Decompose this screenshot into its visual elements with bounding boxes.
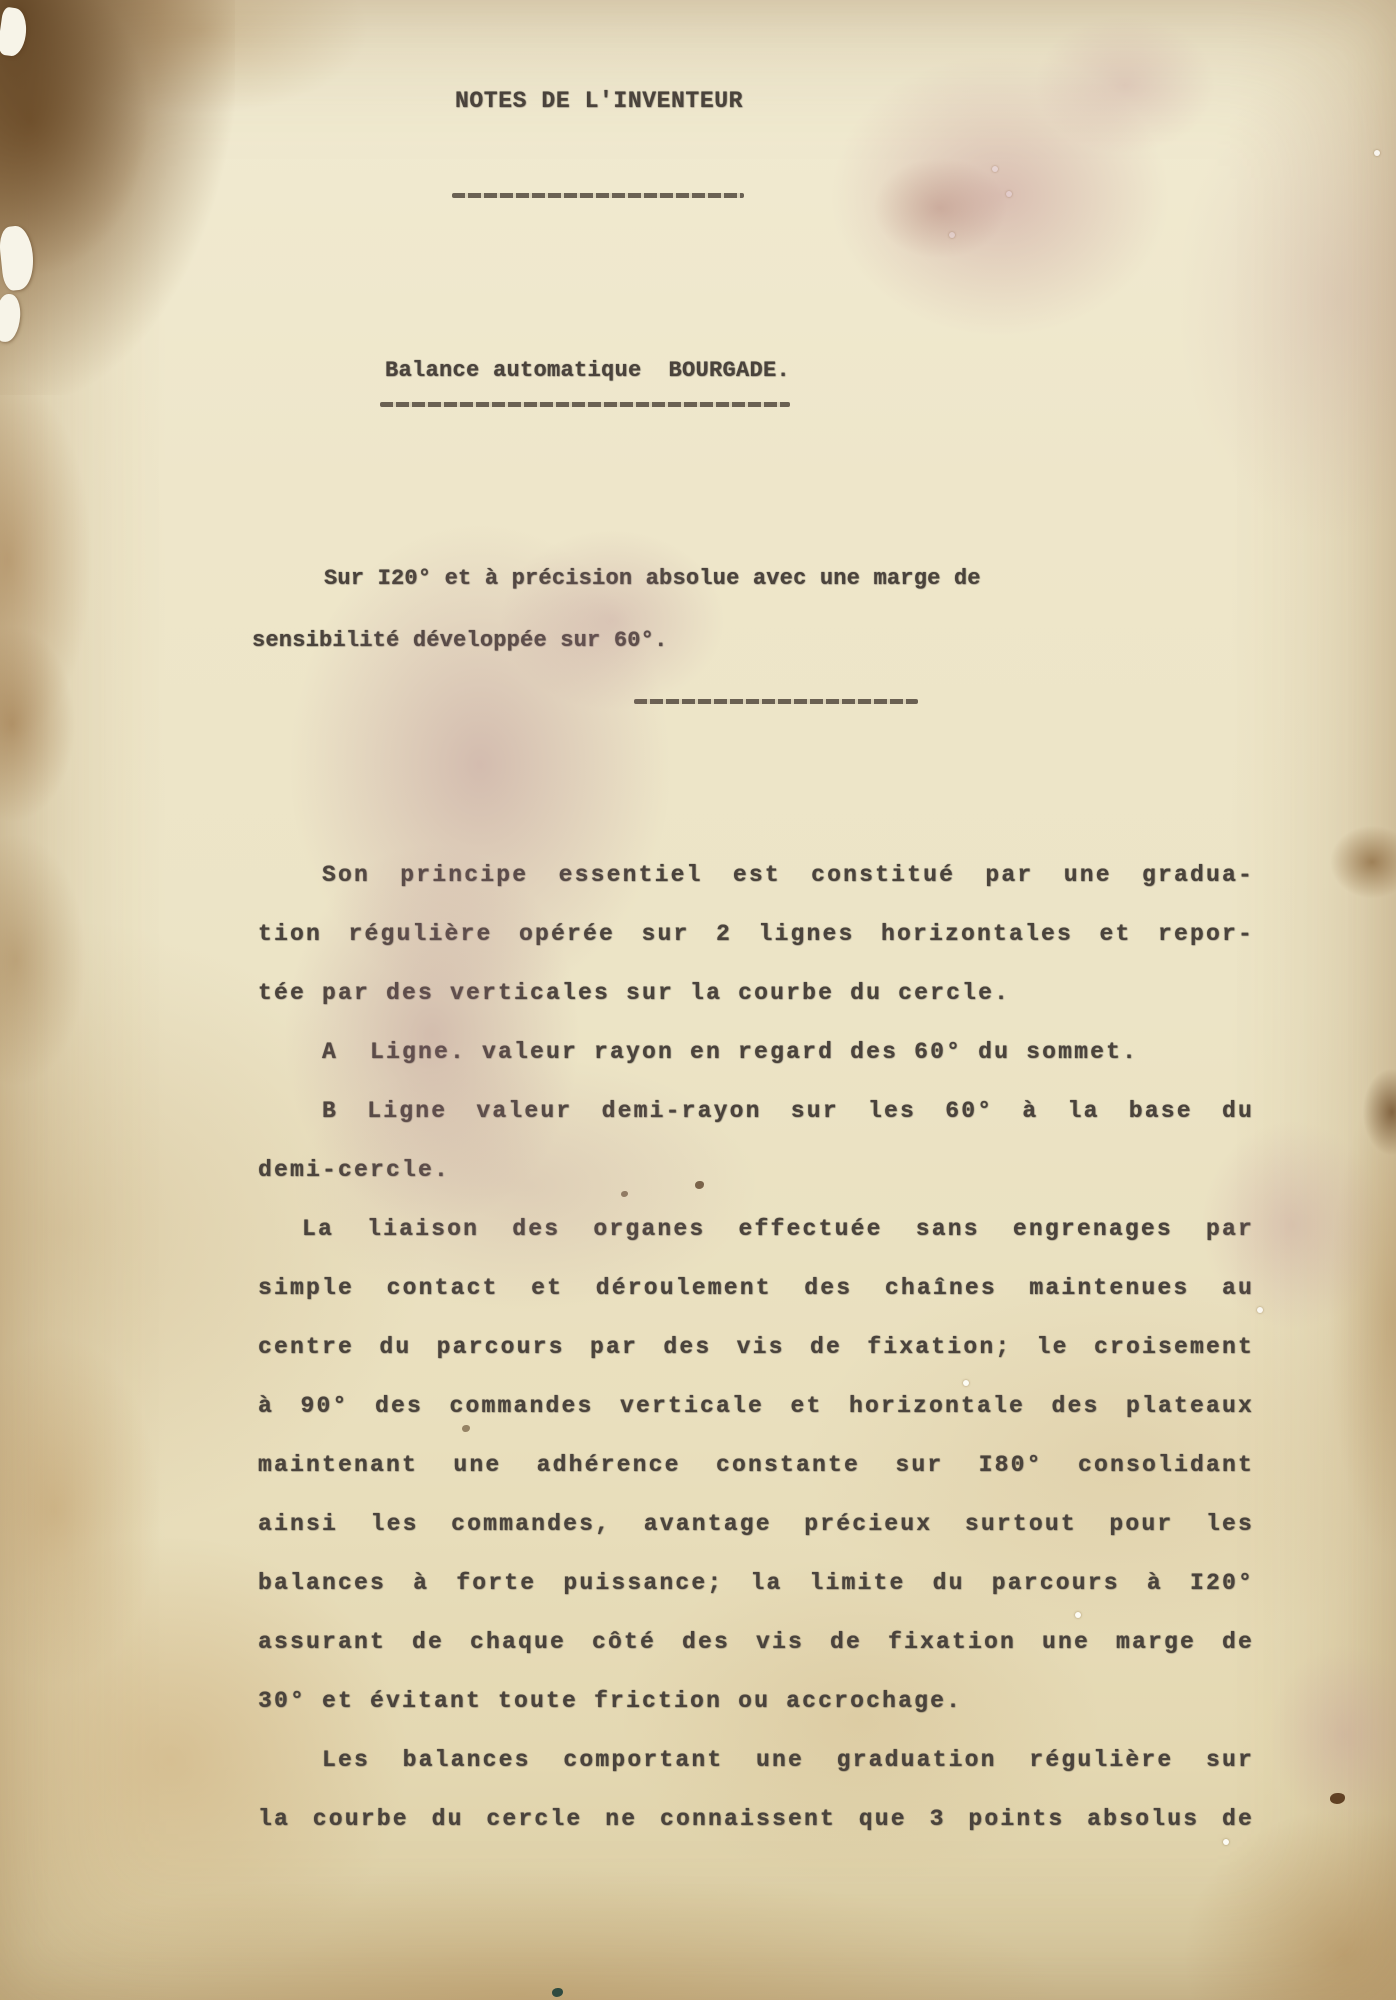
pinhole: [1006, 191, 1012, 197]
stain-corner-top-left: [0, 0, 235, 395]
text-line: Son principe essentiel est constitué par…: [258, 846, 1254, 905]
text-line: A Ligne. valeur rayon en regard des 60° …: [258, 1023, 1254, 1082]
divider-rule: [452, 193, 744, 198]
document-subtitle: Balance automatique BOURGADE.: [385, 358, 790, 383]
pinhole: [1374, 150, 1380, 156]
pinhole: [949, 232, 955, 238]
text-line: balances à forte puissance; la limite du…: [258, 1554, 1254, 1613]
text-line: La liaison des organes effectuée sans en…: [258, 1200, 1254, 1259]
text-line: Les balances comportant une graduation r…: [258, 1731, 1254, 1790]
text-line: maintenant une adhérence constante sur I…: [258, 1436, 1254, 1495]
text-line: assurant de chaque côté des vis de fixat…: [258, 1613, 1254, 1672]
ink-speck: [1330, 1793, 1345, 1804]
body-text: Son principe essentiel est constitué par…: [258, 846, 1254, 1849]
text-line: 30° et évitant toute friction ou accroch…: [258, 1672, 1254, 1731]
text-line: centre du parcours par des vis de fixati…: [258, 1318, 1254, 1377]
scanned-document-page: NOTES DE L'INVENTEUR Balance automatique…: [0, 0, 1396, 2000]
ink-speck: [552, 1988, 563, 1997]
text-line: sensibilité développée sur 60°.: [252, 610, 981, 672]
text-line: Sur I20° et à précision absolue avec une…: [252, 548, 981, 610]
paper-tear: [0, 293, 22, 343]
text-line: tée par des verticales sur la courbe du …: [258, 964, 1254, 1023]
paper-tear: [0, 6, 29, 57]
pinhole: [1257, 1307, 1263, 1313]
text-line: à 90° des commandes verticale et horizon…: [258, 1377, 1254, 1436]
text-line: B Ligne valeur demi-rayon sur les 60° à …: [258, 1082, 1254, 1141]
document-title: NOTES DE L'INVENTEUR: [455, 88, 743, 114]
text-line: ainsi les commandes, avantage précieux s…: [258, 1495, 1254, 1554]
paper-tear: [0, 225, 36, 292]
text-line: la courbe du cercle ne connaissent que 3…: [258, 1790, 1254, 1849]
intro-paragraph: Sur I20° et à précision absolue avec une…: [252, 548, 981, 672]
divider-rule: [634, 699, 918, 704]
text-line: tion régulière opérée sur 2 lignes horiz…: [258, 905, 1254, 964]
divider-rule: [380, 402, 790, 407]
pinhole: [992, 166, 998, 172]
text-line: demi-cercle.: [258, 1141, 1254, 1200]
text-line: simple contact et déroulement des chaîne…: [258, 1259, 1254, 1318]
